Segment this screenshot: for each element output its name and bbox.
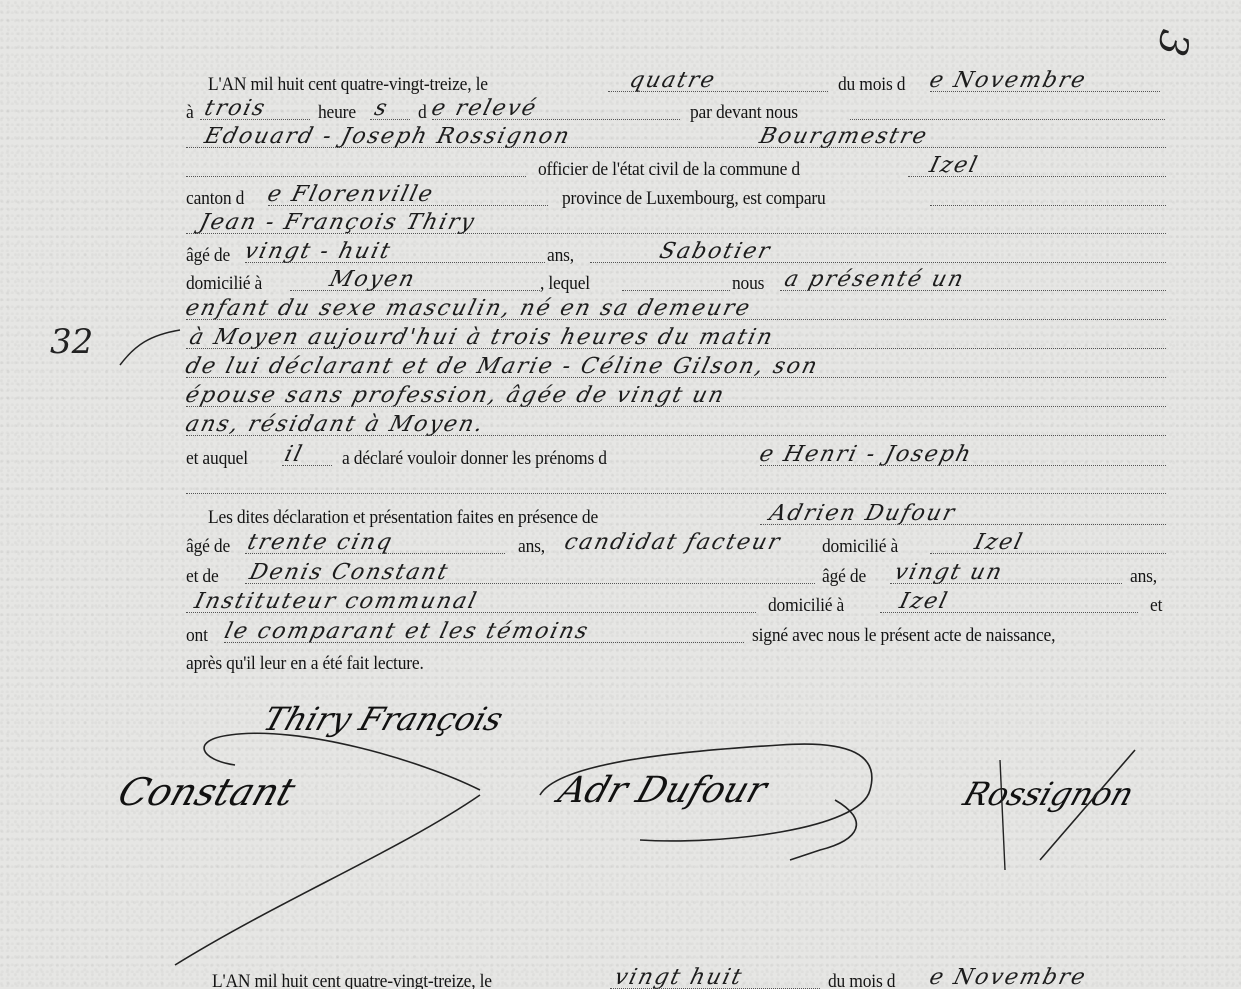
next-year-text: L'AN mil huit cent quatre-vingt-treize, …: [212, 971, 492, 989]
witness2-profession: Instituteur communal: [192, 589, 481, 614]
hour-value: trois: [202, 96, 269, 121]
witness1-name: Adrien Dufour: [767, 501, 959, 526]
next-month-label: du mois d: [828, 971, 895, 989]
signature-flourishes: [0, 0, 1241, 989]
domicile-label: domicilié à: [186, 273, 262, 295]
nous-label: nous: [732, 273, 764, 295]
next-month: e Novembre: [927, 965, 1090, 989]
canton-label: canton d: [186, 188, 244, 210]
lequel-label: , lequel: [540, 273, 590, 295]
statement-line-1: enfant du sexe masculin, né en sa demeur…: [183, 296, 754, 321]
signed-text: signé avec nous le présent acte de naiss…: [752, 625, 1055, 647]
age-label-w2: âgé de: [822, 566, 866, 588]
hour-label: heure: [318, 102, 356, 124]
declarant-name: Jean - François Thiry: [197, 210, 479, 235]
signature-rossignon: Rossignon: [959, 775, 1139, 813]
signature-dufour: Adr Dufour: [553, 770, 771, 811]
next-day: vingt huit: [612, 965, 746, 989]
signature-constant: Constant: [113, 770, 301, 814]
declarant-domicile: Moyen: [327, 267, 419, 292]
register-page: 3 32 L'AN mil huit cent quatre-vingt-tre…: [0, 0, 1241, 989]
officer-name: Edouard - Joseph Rossignon: [202, 124, 574, 149]
hour-prefix: à: [186, 102, 194, 124]
domicile-label-w1: domicilié à: [822, 536, 898, 558]
names-pronoun: il: [282, 442, 306, 467]
witness1-age: trente cinq: [245, 530, 396, 555]
declarant-profession: Sabotier: [657, 239, 774, 264]
witness1-profession: candidat facteur: [562, 530, 784, 555]
years-label: ans,: [547, 245, 574, 267]
witness1-domicile: Izel: [972, 530, 1027, 555]
month-value: e Novembre: [927, 68, 1090, 93]
witness-intro: Les dites déclaration et présentation fa…: [208, 507, 598, 529]
witness2-age: vingt un: [892, 560, 1006, 585]
signed-by: le comparant et les témoins: [222, 619, 592, 644]
province-label: province de Luxembourg, est comparu: [562, 188, 826, 210]
canton-value: e Florenville: [265, 182, 437, 207]
names-label-2: a déclaré vouloir donner les prénoms d: [342, 448, 607, 470]
domicile-label-w2: domicilié à: [768, 595, 844, 617]
year-text: L'AN mil huit cent quatre-vingt-treize, …: [208, 74, 488, 96]
closing-text: après qu'il leur en a été fait lecture.: [186, 653, 424, 675]
signature-thiry: Thiry François: [259, 700, 508, 738]
statement-line-4: épouse sans profession, âgée de vingt un: [183, 383, 728, 408]
day-value: quatre: [627, 68, 719, 93]
commune-value: Izel: [927, 153, 982, 178]
age-label: âgé de: [186, 245, 230, 267]
hour-suffix: s: [372, 96, 392, 121]
officer-title: Bourgmestre: [757, 124, 931, 149]
given-names: e Henri - Joseph: [757, 442, 975, 467]
officer-label: officier de l'état civil de la commune d: [538, 159, 800, 181]
period-value: e relevé: [429, 96, 540, 121]
names-label-1: et auquel: [186, 448, 248, 470]
years-label-w2: ans,: [1130, 566, 1157, 588]
month-label: du mois d: [838, 74, 905, 96]
period-label: d: [418, 102, 427, 124]
statement-line-5: ans, résidant à Moyen.: [183, 412, 487, 437]
statement-line-0: a présenté un: [782, 267, 968, 292]
folio-mark: 3: [1148, 26, 1198, 59]
before-label: par devant nous: [690, 102, 798, 124]
witness2-prefix: et de: [186, 566, 219, 588]
entry-number: 32: [50, 322, 93, 362]
statement-line-3: de lui déclarant et de Marie - Céline Gi…: [183, 354, 822, 379]
et-label: et: [1150, 595, 1162, 617]
statement-line-2: à Moyen aujourd'hui à trois heures du ma…: [187, 325, 777, 350]
signed-prefix: ont: [186, 625, 208, 647]
age-label-w1: âgé de: [186, 536, 230, 558]
years-label-w1: ans,: [518, 536, 545, 558]
witness2-domicile: Izel: [897, 589, 952, 614]
declarant-age: vingt - huit: [242, 239, 394, 264]
witness2-name: Denis Constant: [247, 560, 452, 585]
